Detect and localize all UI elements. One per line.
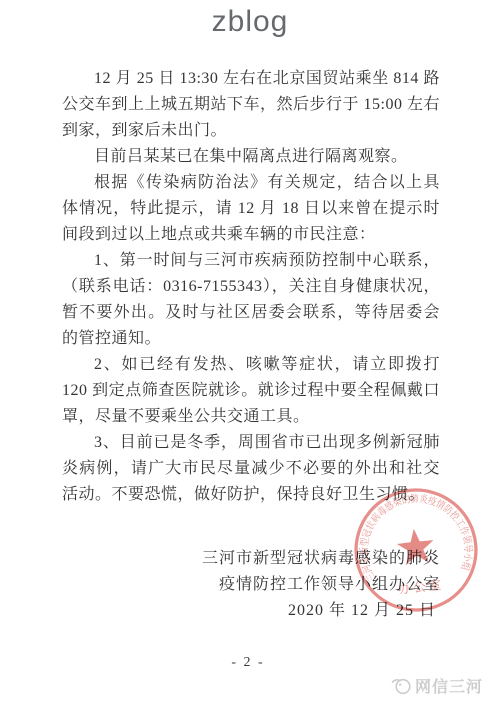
article-page: zblog 12 月 25 日 13:30 左右在北京国贸站乘坐 814 路公交… [0, 0, 500, 707]
notice-document: 12 月 25 日 13:30 左右在北京国贸站乘坐 814 路公交车到上上城五… [0, 66, 500, 624]
wangxin-sanhe-logo-icon [391, 677, 412, 695]
watermark: 网信三河 [391, 674, 483, 697]
doc-paragraph: 根据《传染病防治法》有关规定，结合以上具体情况，特此提示，请 12 月 18 日… [62, 170, 440, 248]
signature-line-1: 三河市新型冠状病毒感染的肺炎 [62, 546, 440, 572]
doc-paragraph: 3、目前已是冬季，周围省市已出现多例新冠肺炎病例，请广大市民尽量减少不必要的外出… [62, 430, 440, 508]
signature-date: 2020 年 12 月 25 日 [62, 598, 440, 624]
site-header: zblog [0, 0, 500, 39]
site-logo[interactable]: zblog [212, 5, 289, 39]
signature-line-2: 疫情防控工作领导小组办公室 [62, 572, 440, 598]
doc-paragraph: 目前吕某某已在集中隔离点进行隔离观察。 [62, 144, 440, 170]
page-number: - 2 - [0, 655, 496, 671]
doc-paragraph: 12 月 25 日 13:30 左右在北京国贸站乘坐 814 路公交车到上上城五… [62, 66, 440, 144]
doc-paragraph: 2、如已经有发热、咳嗽等症状，请立即拨打 120 到定点筛查医院就诊。就诊过程中… [62, 352, 440, 430]
doc-paragraph: 1、第一时间与三河市疾病预防控制中心联系，（联系电话：0316-7155343）… [62, 248, 440, 352]
signature-block: 三河市新型冠状病毒感染的肺炎 疫情防控工作领导小组办公室 2020 年 12 月… [62, 546, 440, 624]
watermark-text: 网信三河 [415, 674, 483, 697]
